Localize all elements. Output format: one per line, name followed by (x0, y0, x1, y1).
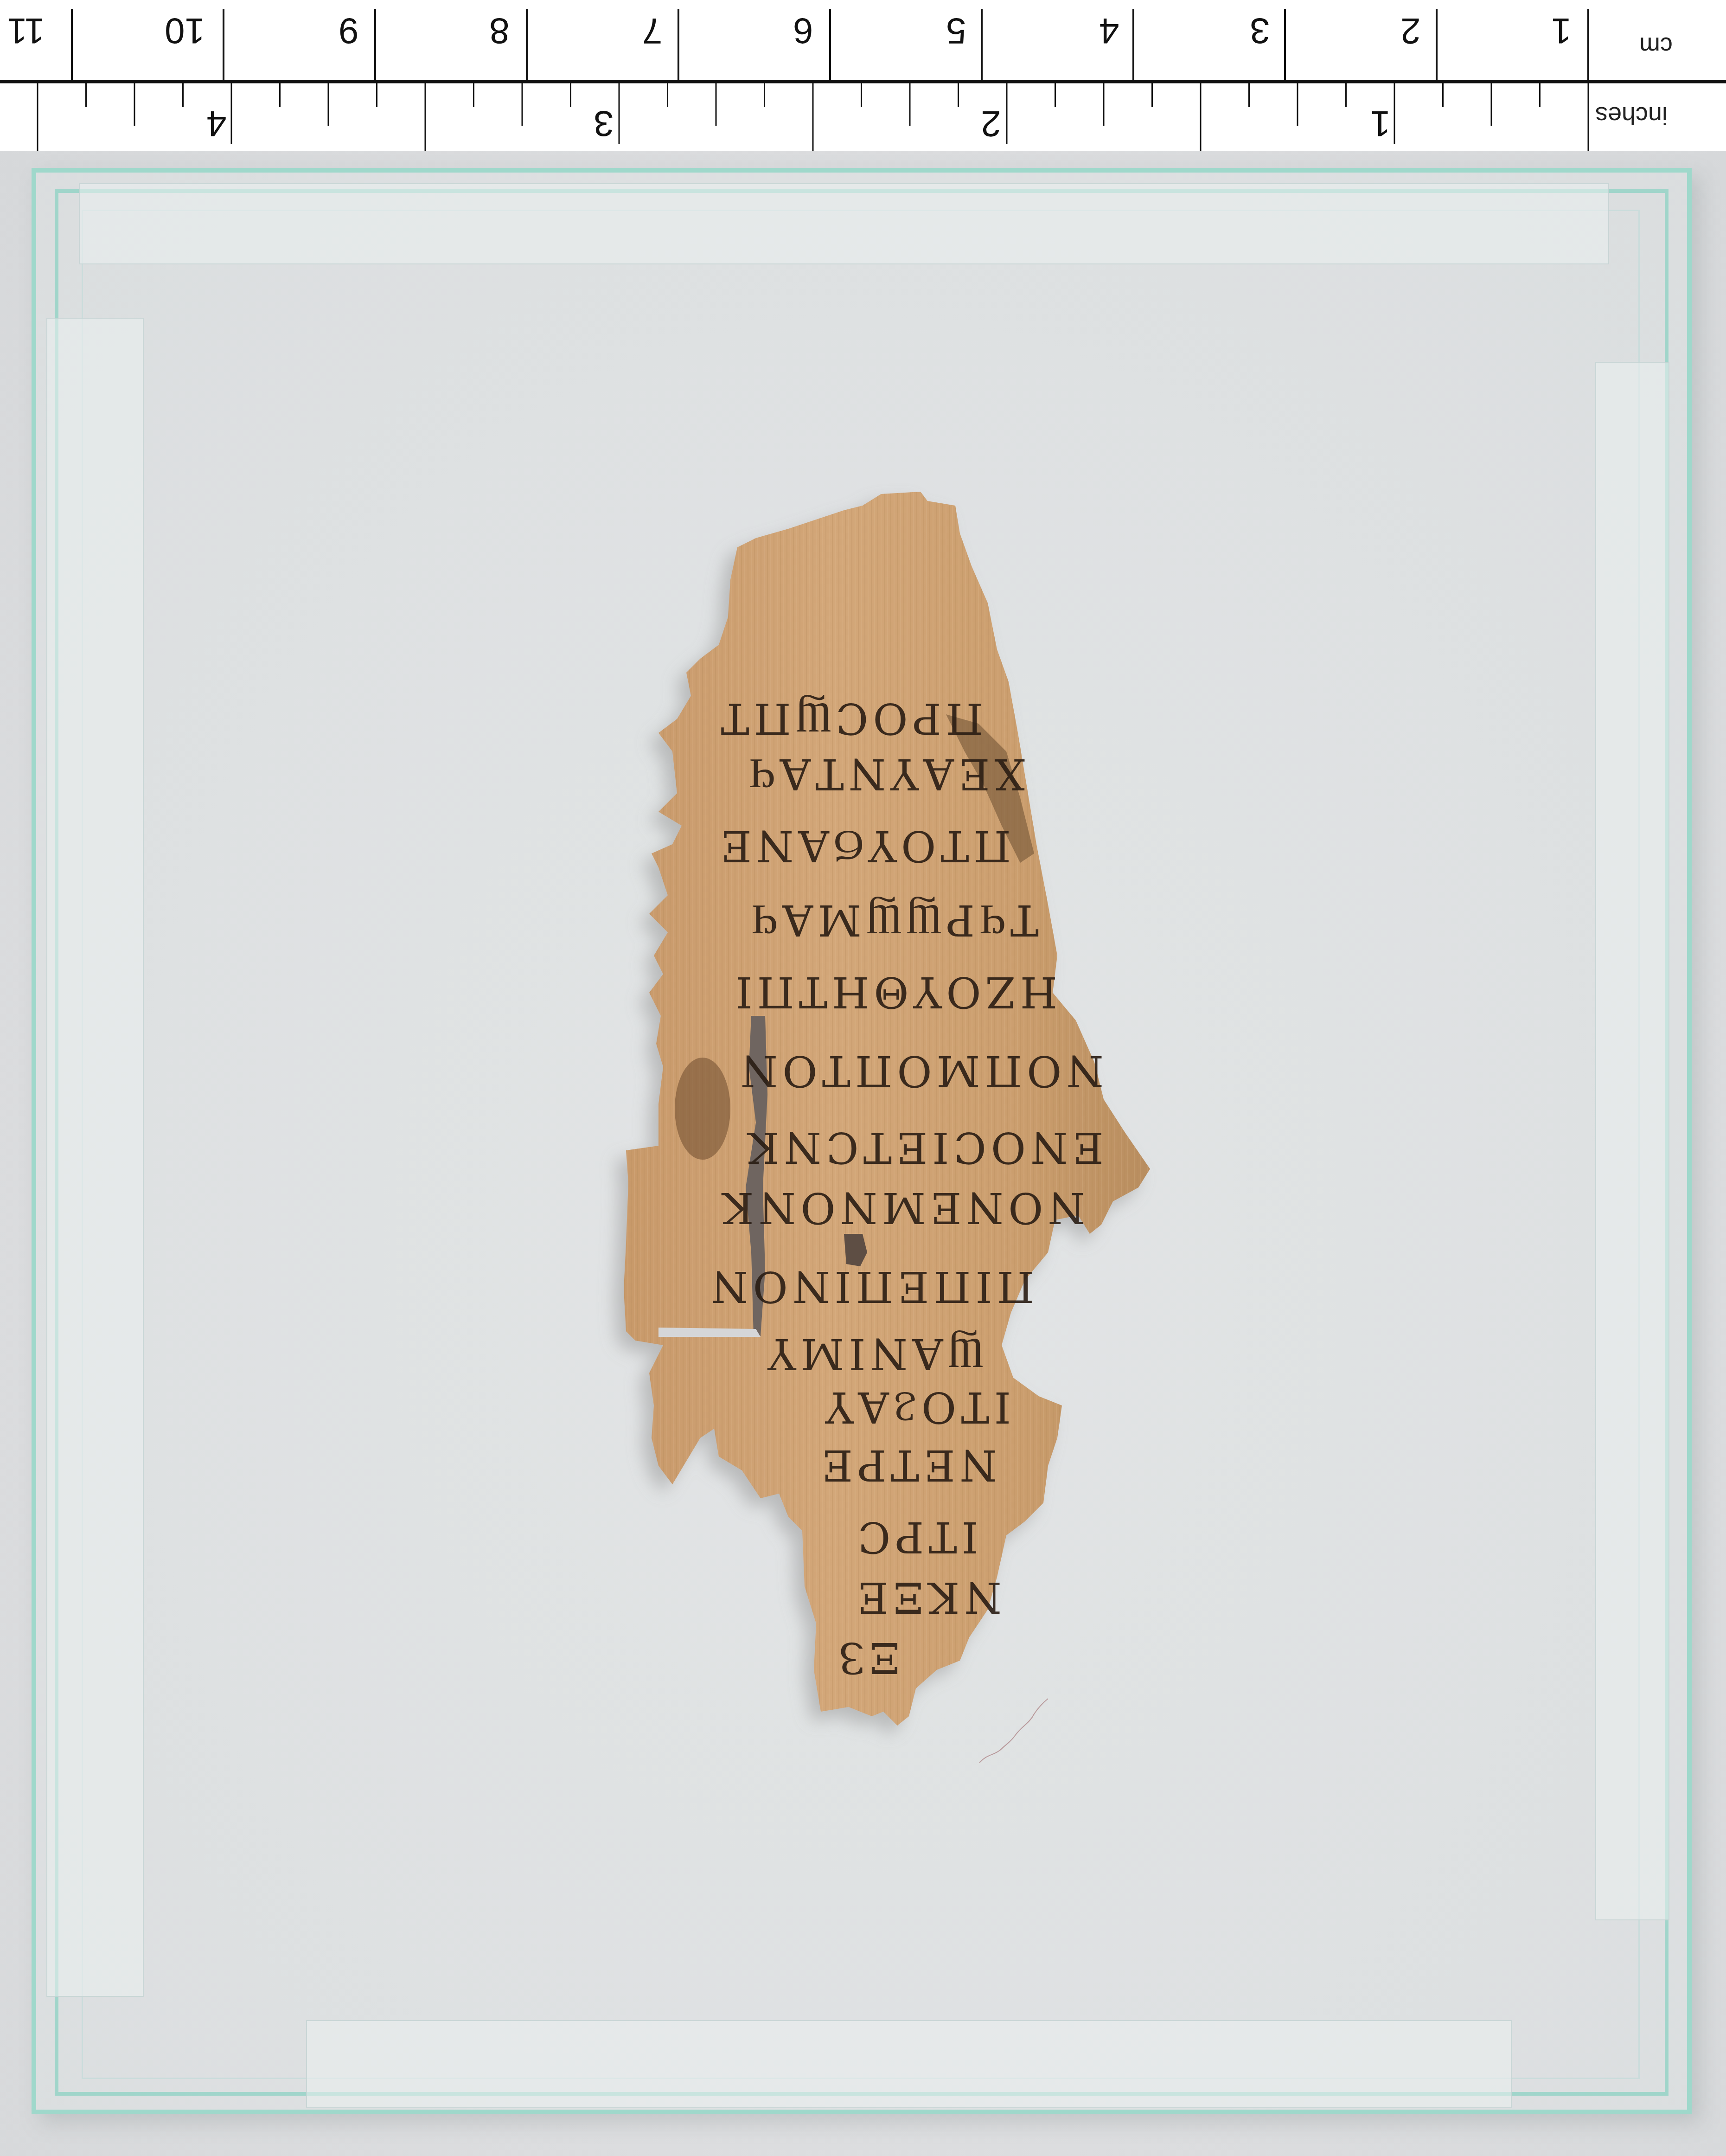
script-line-11: ΙΤΟϨΑΥ (649, 1382, 1011, 1432)
script-line-1: ΠΡΟϹϢΠΤ (723, 693, 983, 743)
script-line-10: ϢΑΝΙΜΥ (649, 1329, 983, 1379)
script-line-4: ΤϤΡϢϢΜΑϤ (640, 895, 1039, 945)
script-line-15: ΞЗ (821, 1633, 900, 1682)
script-line-13: ΙΤΡϹ (812, 1512, 978, 1562)
script-line-7: ΕΝΟϹΙΕΤϹΝΚ (723, 1123, 1104, 1172)
script-line-12: ΝΕΤΡΕ (765, 1440, 997, 1490)
script-line-6: ΝΟΠΜΟΠΤΟΝ (649, 1046, 1104, 1096)
script-line-14: ΝΚΞΕ (825, 1572, 1002, 1622)
script-line-3: ΠΤΟΥϬΑΝΕ (668, 821, 1011, 871)
script-line-9: ΠΙΠΕΠΙΝΟΝ (626, 1262, 1034, 1311)
script-line-2: ΧΕΑΥΝΤΑϤ (728, 749, 1025, 799)
script-line-5: ΗΖΟΥΘΗΤΠΙ (649, 967, 1057, 1017)
script-line-8: ΝΟΝΕΜΝΟΝΚ (640, 1183, 1085, 1232)
